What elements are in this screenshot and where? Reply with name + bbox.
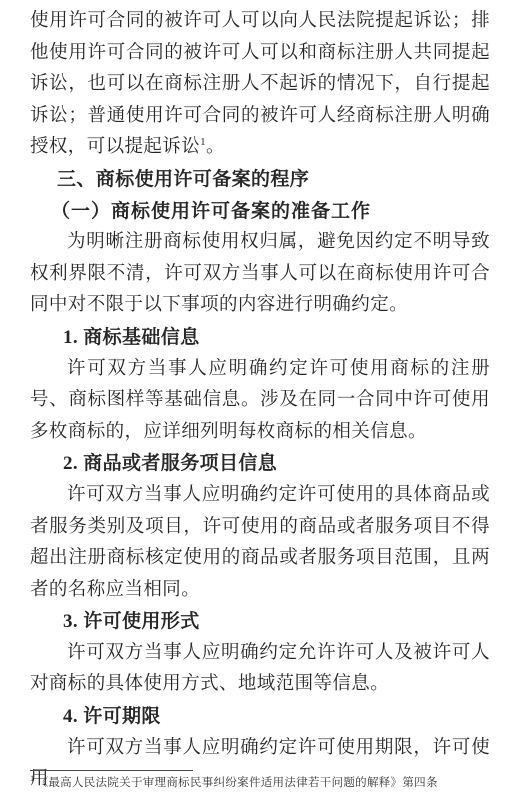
- item-heading-2: 2. 商品或者服务项目信息: [30, 448, 490, 480]
- continuation-paragraph-text: 使用许可合同的被许可人可以向人民法院提起诉讼；排他使用许可合同的被许可人可以和商…: [30, 11, 490, 157]
- document-content: 使用许可合同的被许可人可以向人民法院提起诉讼；排他使用许可合同的被许可人可以和商…: [0, 0, 520, 796]
- footnote-section: 1《最高人民法院关于审理商标民事纠纷案件适用法律若干问题的解释》第四条: [30, 770, 490, 791]
- footnote: 1《最高人民法院关于审理商标民事纠纷案件适用法律若干问题的解释》第四条: [30, 776, 490, 791]
- continuation-paragraph: 使用许可合同的被许可人可以向人民法院提起诉讼；排他使用许可合同的被许可人可以和商…: [30, 6, 490, 164]
- item-heading-1: 1. 商标基础信息: [30, 322, 490, 354]
- footnote-marker: 1: [30, 773, 35, 783]
- item-body-1: 许可双方当事人应明确约定许可使用商标的注册号、商标图样等基础信息。涉及在同一合同…: [30, 354, 490, 449]
- footnote-text: 《最高人民法院关于审理商标民事纠纷案件适用法律若干问题的解释》第四条: [37, 777, 438, 789]
- item-heading-3: 3. 许可使用形式: [30, 606, 490, 638]
- section-heading: 三、商标使用许可备案的程序: [30, 164, 490, 196]
- intro-paragraph: 为明晰注册商标使用权归属，避免因约定不明导致权利界限不清，许可双方当事人可以在商…: [30, 227, 490, 322]
- item-heading-4: 4. 许可期限: [30, 701, 490, 733]
- document-page: 使用许可合同的被许可人可以向人民法院提起诉讼；排他使用许可合同的被许可人可以和商…: [0, 0, 520, 810]
- item-body-3: 许可双方当事人应明确约定允许许可人及被许可人对商标的具体使用方式、地域范围等信息…: [30, 638, 490, 701]
- continuation-paragraph-period: 。: [206, 137, 225, 157]
- footnote-separator-rule: [30, 770, 193, 771]
- subsection-heading: （一）商标使用许可备案的准备工作: [30, 196, 490, 228]
- item-body-2: 许可双方当事人应明确约定许可使用的具体商品或者服务类别及项目，许可使用的商品或者…: [30, 480, 490, 606]
